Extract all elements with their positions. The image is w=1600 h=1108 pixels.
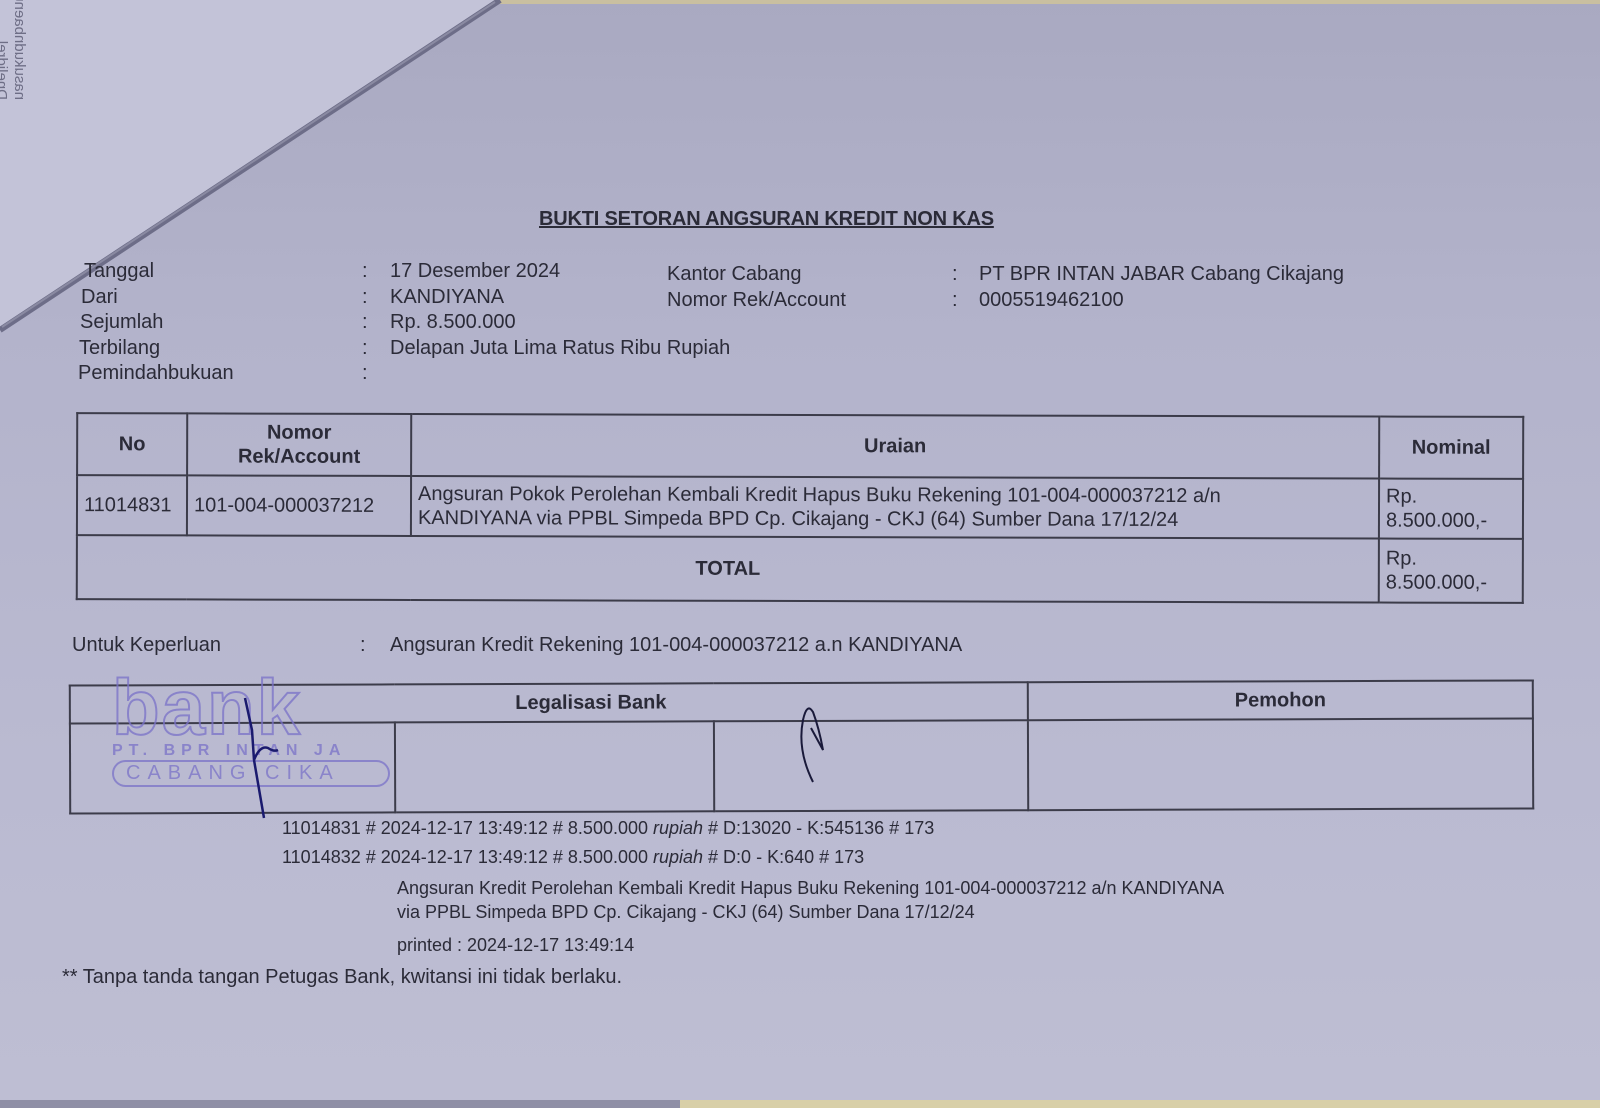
teller-initials-signature: [795, 700, 845, 790]
applicant-header: Pemohon: [1028, 680, 1533, 720]
bank-sign-cell-2: [714, 720, 1028, 811]
cell-nominal: Rp. 8.500.000,-: [1379, 479, 1523, 539]
header-account: Nomor Rek/Account: [187, 413, 411, 476]
cell-description: Angsuran Pokok Perolehan Kembali Kredit …: [411, 476, 1379, 539]
bank-sign-cell-1: [395, 721, 715, 812]
header-description: Uraian: [411, 414, 1379, 479]
table-header-row: No Nomor Rek/Account Uraian Nominal: [77, 413, 1523, 479]
print-line-2: 11014832 # 2024-12-17 13:49:12 # 8.500.0…: [282, 847, 864, 868]
print-description-line-1: Angsuran Kredit Perolehan Kembali Kredit…: [397, 878, 1224, 899]
cell-account: 101-004-000037212: [187, 475, 411, 536]
header-nominal: Nominal: [1379, 417, 1523, 479]
printed-timestamp: printed : 2024-12-17 13:49:14: [397, 935, 634, 956]
header-no: No: [77, 413, 187, 475]
document-title: BUKTI SETORAN ANGSURAN KREDIT NON KAS: [539, 208, 994, 231]
cell-no: 11014831: [77, 475, 187, 535]
total-nominal: Rp. 8.500.000,-: [1379, 539, 1523, 603]
paper-bottom-edge: [0, 1100, 1600, 1108]
officer-signature: [230, 690, 310, 830]
transaction-table: No Nomor Rek/Account Uraian Nominal 1101…: [76, 412, 1524, 604]
footer-note: ** Tanpa tanda tangan Petugas Bank, kwit…: [62, 966, 622, 989]
fold-page-text: nasukudnbaenu Dnelidrel rlaImulu: [0, 0, 28, 100]
print-description-line-2: via PPBL Simpeda BPD Cp. Cikajang - CKJ …: [397, 902, 975, 923]
applicant-sign-cell: [1028, 718, 1533, 810]
background-edge: [480, 0, 1600, 4]
print-line-1: 11014831 # 2024-12-17 13:49:12 # 8.500.0…: [282, 818, 934, 839]
total-row: TOTAL Rp. 8.500.000,-: [77, 535, 1523, 603]
table-row: 11014831 101-004-000037212 Angsuran Poko…: [77, 475, 1523, 539]
total-label: TOTAL: [77, 535, 1379, 602]
